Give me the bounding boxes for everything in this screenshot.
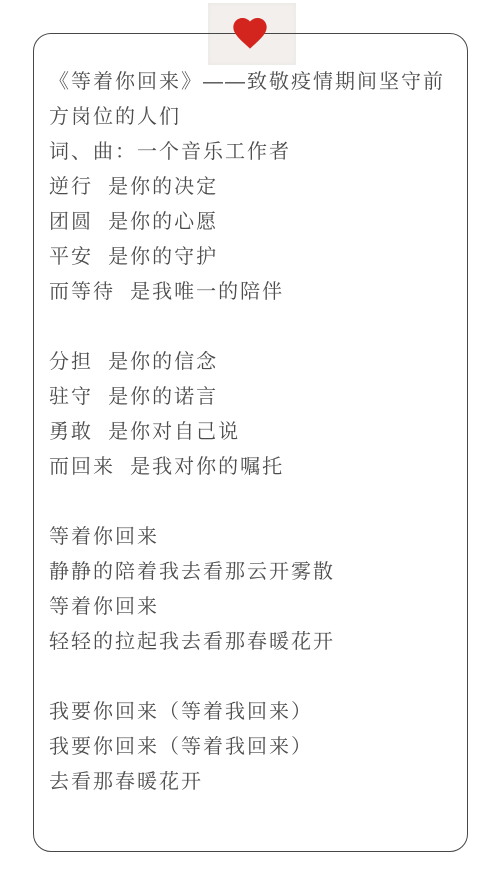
lyric-line: 等着你回来 <box>49 520 459 555</box>
lyrics-card: 《等着你回来》——致敬疫情期间坚守前方岗位的人们词、曲：一个音乐工作者逆行 是你… <box>33 33 468 852</box>
lyric-line: 勇敢 是你对自己说 <box>49 415 459 450</box>
lyric-line: 《等着你回来》——致敬疫情期间坚守前 <box>49 65 459 100</box>
lyric-line: 分担 是你的信念 <box>49 345 459 380</box>
stanza-gap <box>49 485 459 520</box>
lyric-line: 等着你回来 <box>49 590 459 625</box>
lyric-line: 我要你回来（等着我回来） <box>49 730 459 765</box>
lyric-line: 驻守 是你的诺言 <box>49 380 459 415</box>
stanza-gap <box>49 660 459 695</box>
lyric-line: 平安 是你的守护 <box>49 240 459 275</box>
lyrics: 《等着你回来》——致敬疫情期间坚守前方岗位的人们词、曲：一个音乐工作者逆行 是你… <box>49 65 459 800</box>
lyric-line: 我要你回来（等着我回来） <box>49 695 459 730</box>
page: 《等着你回来》——致敬疫情期间坚守前方岗位的人们词、曲：一个音乐工作者逆行 是你… <box>0 0 500 871</box>
lyric-line: 而回来 是我对你的嘱托 <box>49 450 459 485</box>
stanza-gap <box>49 310 459 345</box>
heart-icon <box>230 13 270 53</box>
lyric-line: 轻轻的拉起我去看那春暖花开 <box>49 625 459 660</box>
lyric-line: 团圆 是你的心愿 <box>49 205 459 240</box>
lyric-line: 方岗位的人们 <box>49 100 459 135</box>
lyric-line: 去看那春暖花开 <box>49 765 459 800</box>
lyric-line: 而等待 是我唯一的陪伴 <box>49 275 459 310</box>
lyric-line: 逆行 是你的决定 <box>49 170 459 205</box>
lyric-line: 词、曲：一个音乐工作者 <box>49 135 459 170</box>
heart-shape <box>233 18 266 49</box>
lyric-line: 静静的陪着我去看那云开雾散 <box>49 555 459 590</box>
